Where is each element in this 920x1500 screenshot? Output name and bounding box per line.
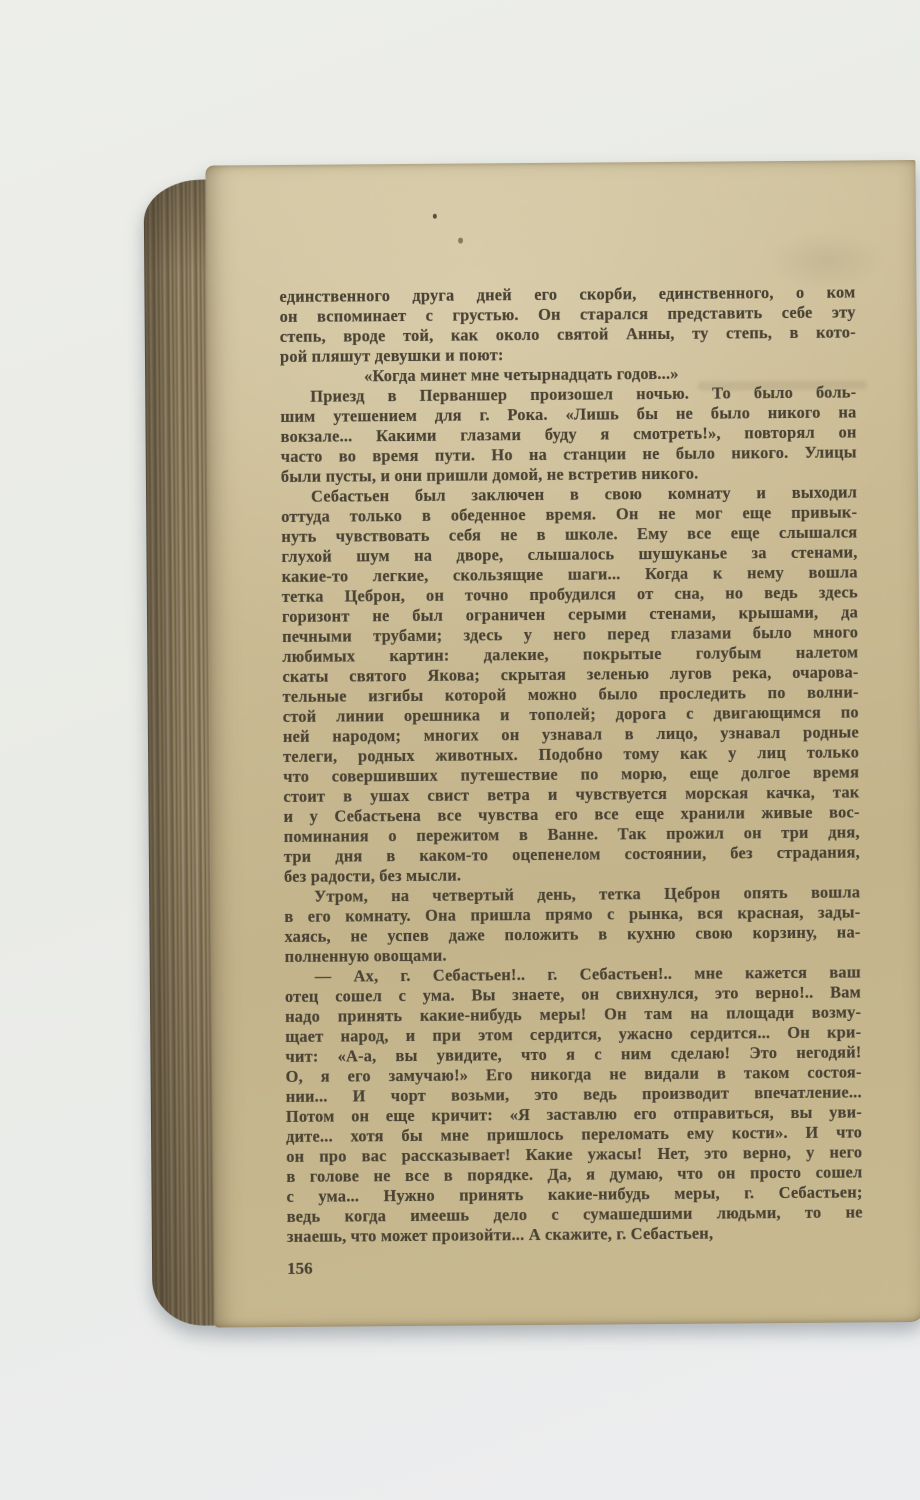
- paragraph: — Ах, г. Себастьен!.. г. Себастьен!.. мн…: [285, 962, 863, 1247]
- photo-background: единственного друга дней его скорби, еди…: [0, 0, 920, 1500]
- paragraph: единственного друга дней его скорби, еди…: [279, 282, 856, 367]
- book-page: единственного друга дней его скорби, еди…: [143, 160, 920, 1328]
- text-block: единственного друга дней его скорби, еди…: [279, 282, 863, 1246]
- paper-speck: [433, 214, 437, 219]
- text-line: знаешь, что может произойти... А скажите…: [287, 1222, 863, 1247]
- page-surface: единственного друга дней его скорби, еди…: [205, 160, 920, 1328]
- paper-speck: [458, 238, 463, 244]
- paragraph: Утром, на четвертый день, тетка Цеброн о…: [284, 882, 861, 967]
- page-number: 156: [287, 1259, 313, 1279]
- paragraph: Приезд в Перваншер произошел ночью. То б…: [280, 382, 857, 487]
- paragraph: Себастьен был заключен в свою комнату и …: [281, 482, 860, 887]
